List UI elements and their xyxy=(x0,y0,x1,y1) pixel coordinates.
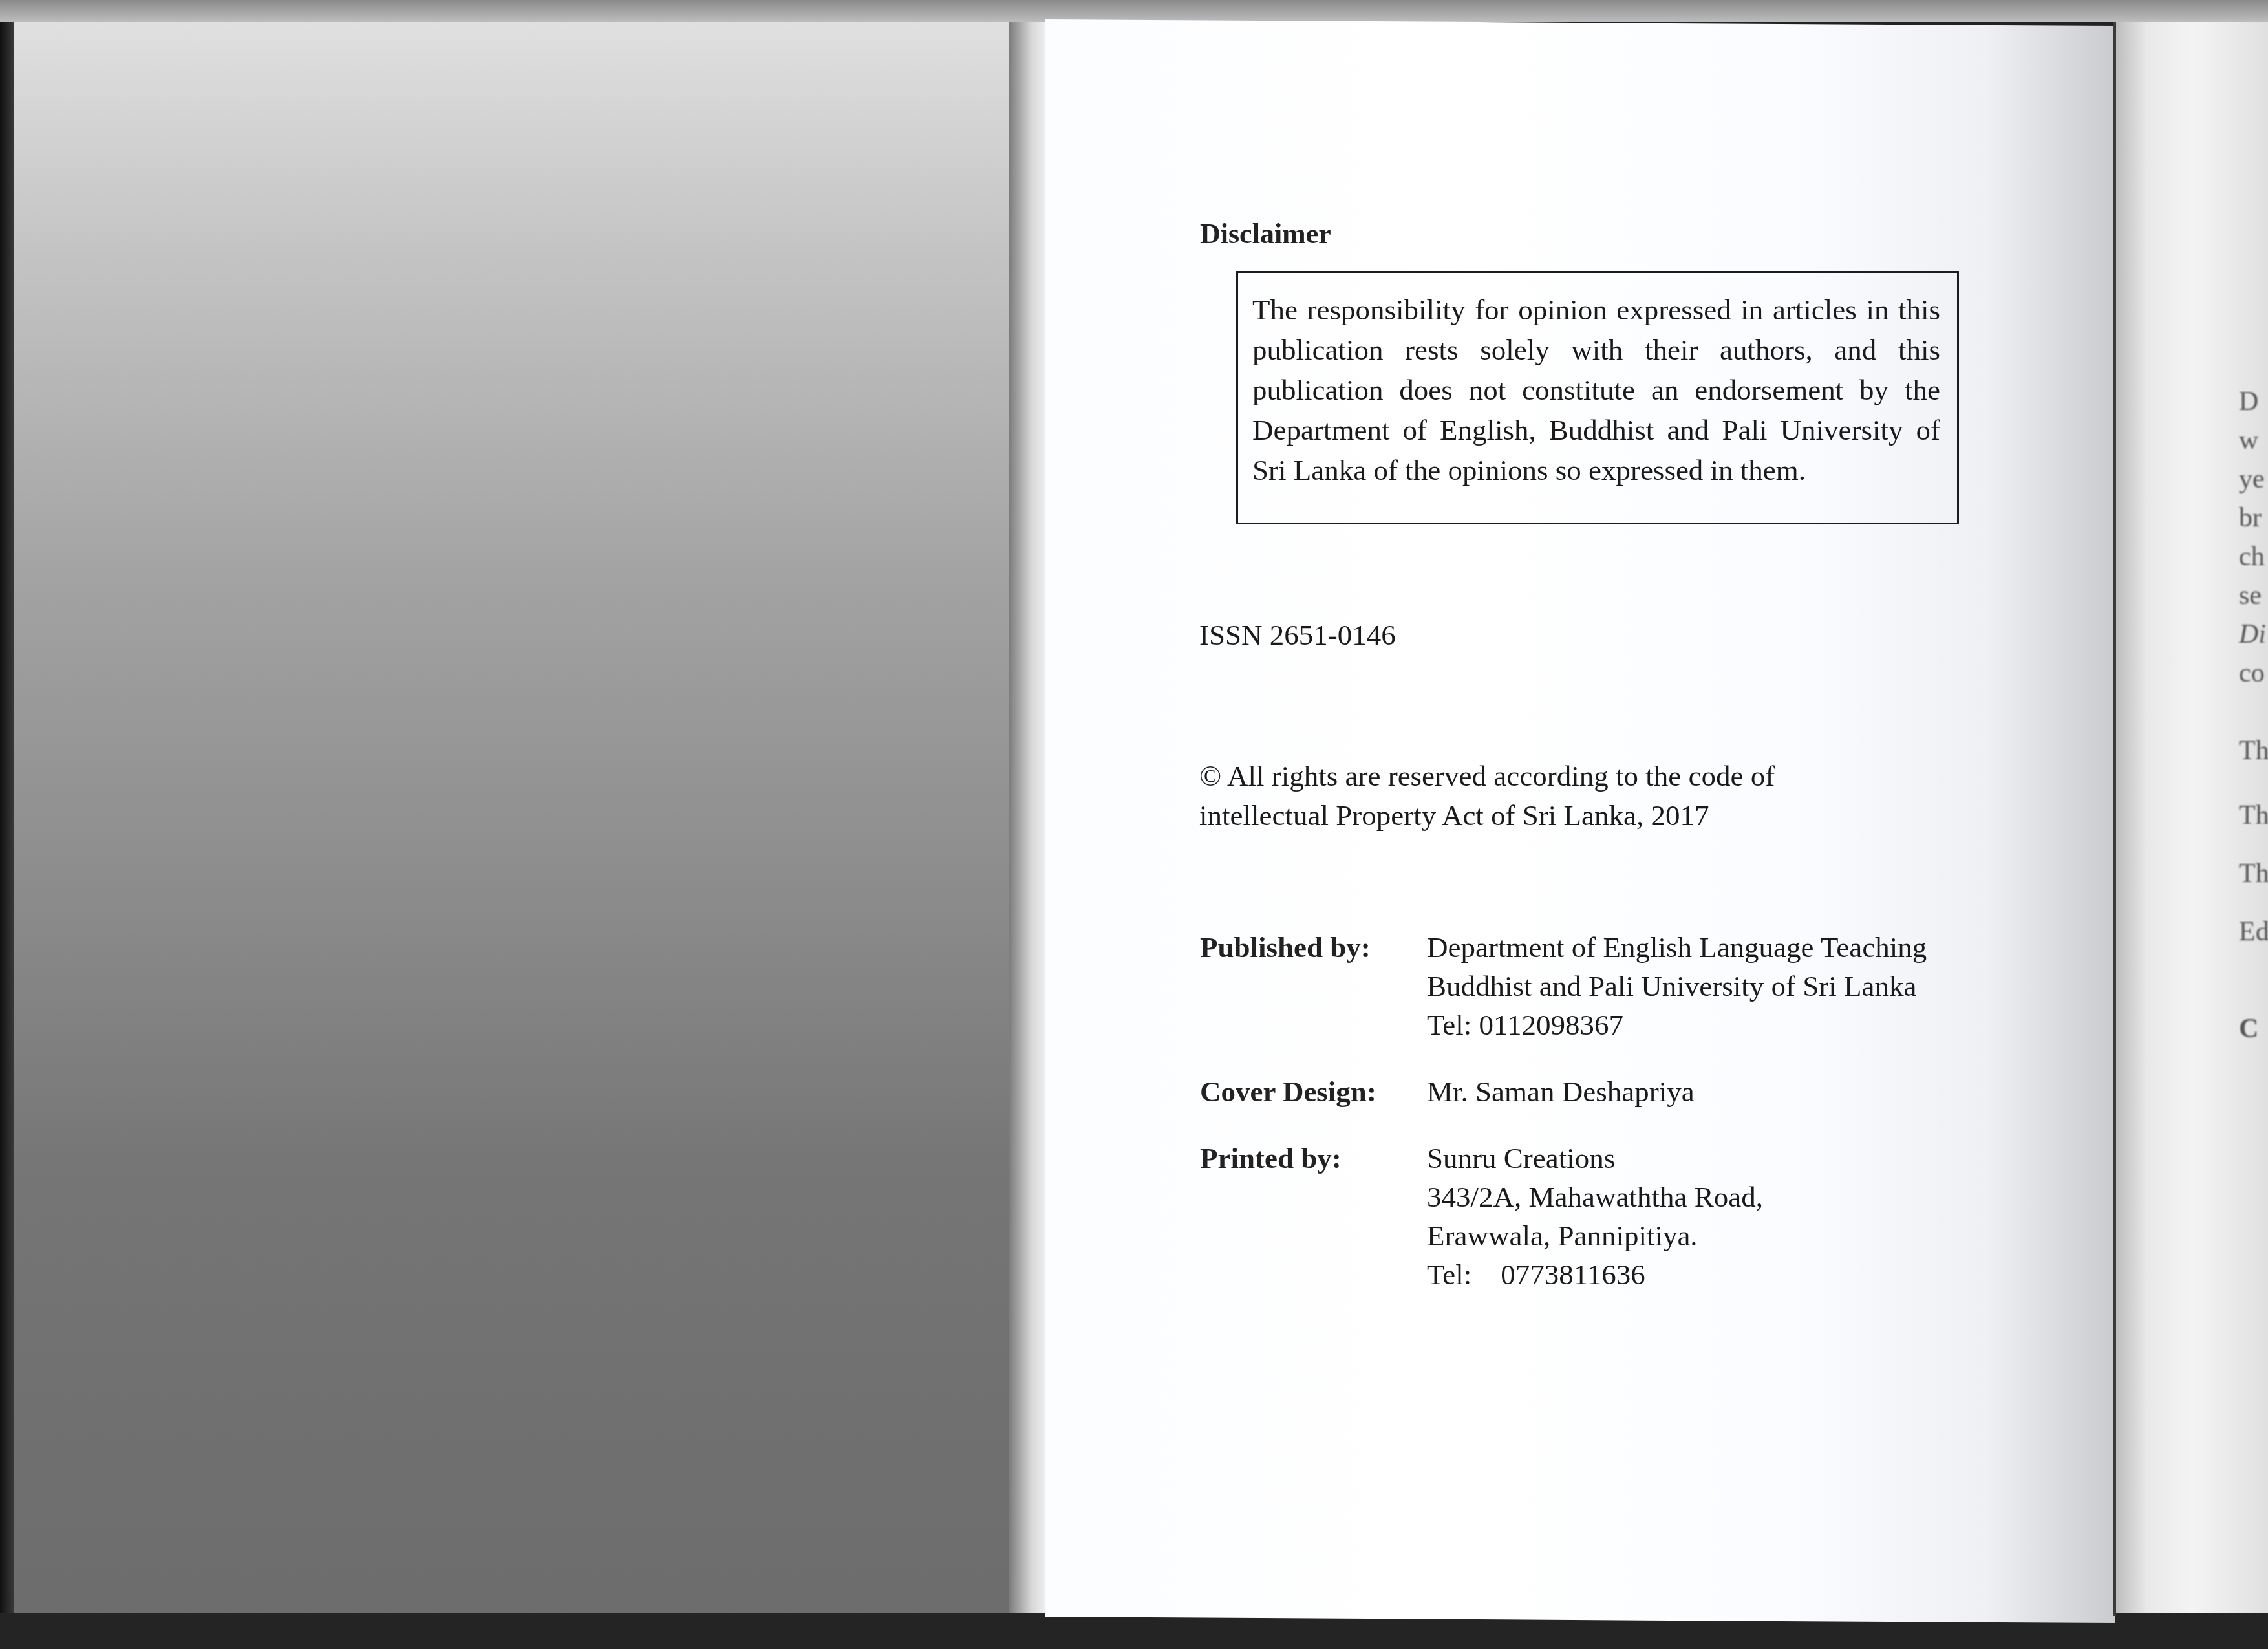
credit-value-line: 343/2A, Mahawaththa Road, xyxy=(1427,1178,1763,1216)
credits-section: Published by:Department of English Langu… xyxy=(1200,928,1927,1322)
credit-values: Mr. Saman Deshapriya xyxy=(1427,1072,1695,1111)
scanned-book-spread: DwyebrchseDicoThThThEdC Disclaimer The r… xyxy=(0,0,2268,1649)
credit-value-line: Sunru Creations xyxy=(1427,1139,1763,1178)
credit-value-line: Department of English Language Teaching xyxy=(1427,928,1927,967)
issn-number: ISSN 2651-0146 xyxy=(1199,621,1396,650)
credit-label: Cover Design: xyxy=(1200,1072,1427,1111)
copyright-line: intellectual Property Act of Sri Lanka, … xyxy=(1199,796,1910,835)
credit-row: Cover Design:Mr. Saman Deshapriya xyxy=(1200,1072,1927,1111)
copyright-line: © All rights are reserved according to t… xyxy=(1199,757,1910,796)
credit-values: Sunru Creations343/2A, Mahawaththa Road,… xyxy=(1427,1139,1763,1294)
disclaimer-text: The responsibility for opinion expressed… xyxy=(1252,290,1940,490)
credit-value-line: Tel: 0112098367 xyxy=(1427,1006,1927,1044)
credit-values: Department of English Language TeachingB… xyxy=(1427,928,1927,1044)
credit-value-line: Mr. Saman Deshapriya xyxy=(1427,1072,1695,1111)
credit-value-line: Buddhist and Pali University of Sri Lank… xyxy=(1427,967,1927,1006)
credit-row: Printed by:Sunru Creations343/2A, Mahawa… xyxy=(1200,1139,1927,1294)
credit-value-line: Erawwala, Pannipitiya. xyxy=(1427,1216,1763,1255)
copyright-notice: © All rights are reserved according to t… xyxy=(1199,757,1910,835)
disclaimer-box: The responsibility for opinion expressed… xyxy=(1236,271,1959,524)
credit-label: Published by: xyxy=(1200,928,1427,1044)
credit-row: Published by:Department of English Langu… xyxy=(1200,928,1927,1044)
credit-label: Printed by: xyxy=(1200,1139,1427,1294)
imprint-content: Disclaimer The responsibility for opinio… xyxy=(0,0,2268,1649)
disclaimer-heading: Disclaimer xyxy=(1200,220,1331,248)
credit-value-line: Tel: 0773811636 xyxy=(1427,1255,1763,1294)
